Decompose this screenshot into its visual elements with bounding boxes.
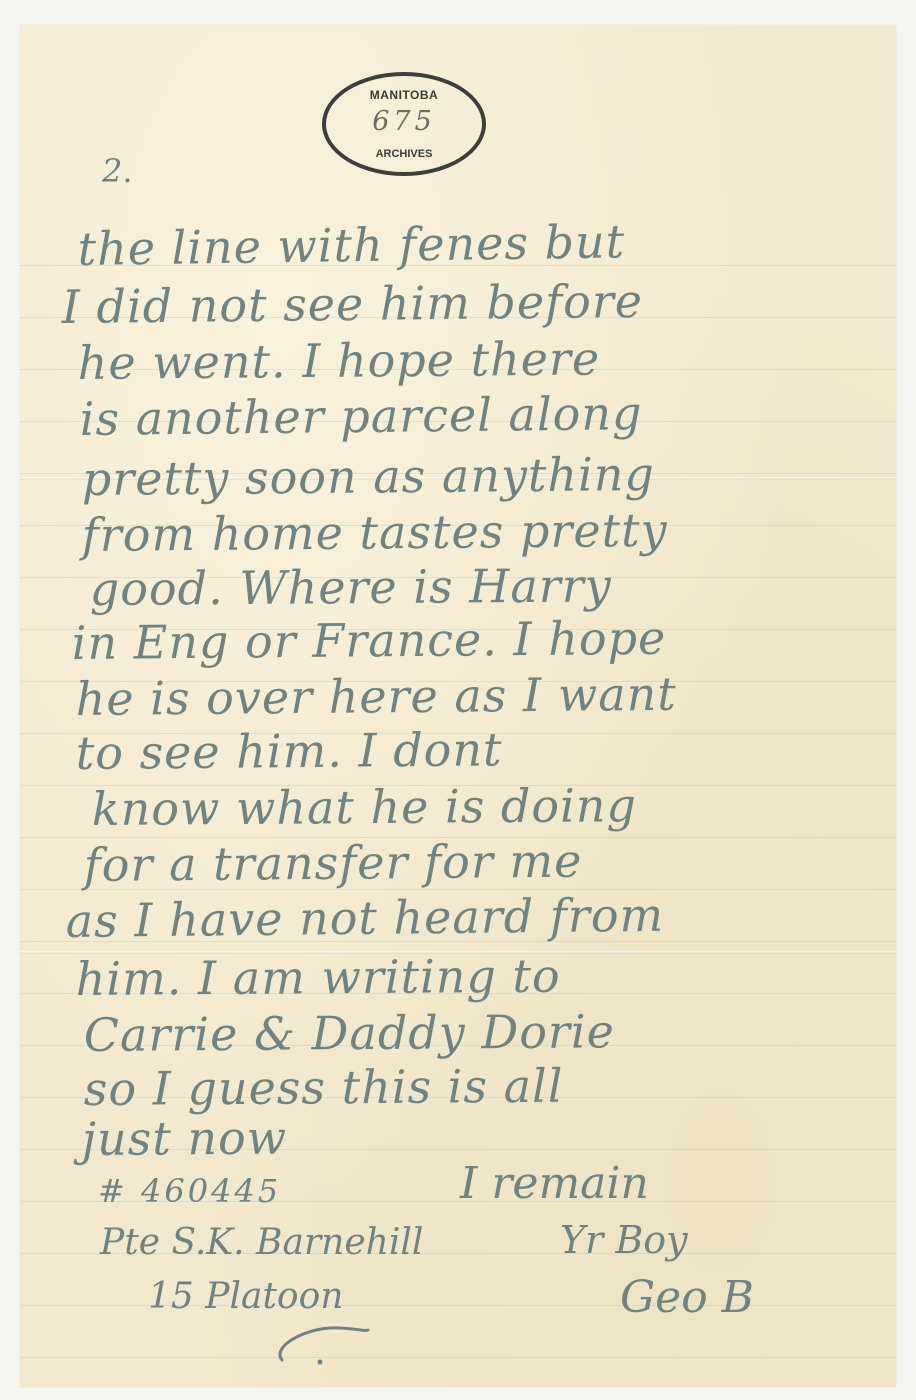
letter-line: just now [82,1111,288,1166]
signature: Geo B [620,1272,754,1323]
stamp-number: 675 [326,106,482,137]
letter-line: the line with fenes but [77,214,625,276]
page-number: 2. [102,152,133,190]
letter-line: he is over here as I want [76,667,677,726]
letter-line: he went. I hope there [78,331,601,390]
stamp-top-text: MANITOBA [326,88,482,102]
scanned-letter: MANITOBA 675 ARCHIVES 2. the line with f… [0,0,916,1400]
letter-line: Carrie & Daddy Dorie [84,1004,615,1062]
regimental-number: # 460445 [98,1172,281,1210]
letter-line: good. Where is Harry [90,558,612,616]
letter-line: so I guess this is all [84,1059,564,1116]
letter-line: know what he is doing [92,778,637,836]
letter-line: as I have not heard from [65,888,664,948]
letter-line: him. I am writing to [76,949,561,1006]
letter-line: to see him. I dont [76,722,503,780]
your-boy: Yr Boy [560,1218,688,1262]
letter-line: in Eng or France. I hope [72,611,667,670]
closing-remain: I remain [460,1158,649,1209]
stamp-bottom-text: ARCHIVES [326,148,482,160]
flourish-mark [270,1318,380,1368]
ruled-line [20,1357,896,1358]
letter-line: is another parcel along [79,386,642,446]
letter-line: from home tastes pretty [82,503,668,562]
letter-line: I did not see him before [61,274,643,334]
letter-line: for a transfer for me [84,834,583,892]
rank-and-name: Pte S.K. Barnehill [100,1222,423,1263]
letter-line: pretty soon as anything [82,447,656,506]
archive-stamp: MANITOBA 675 ARCHIVES [322,72,486,176]
platoon: 15 Platoon [148,1276,343,1317]
